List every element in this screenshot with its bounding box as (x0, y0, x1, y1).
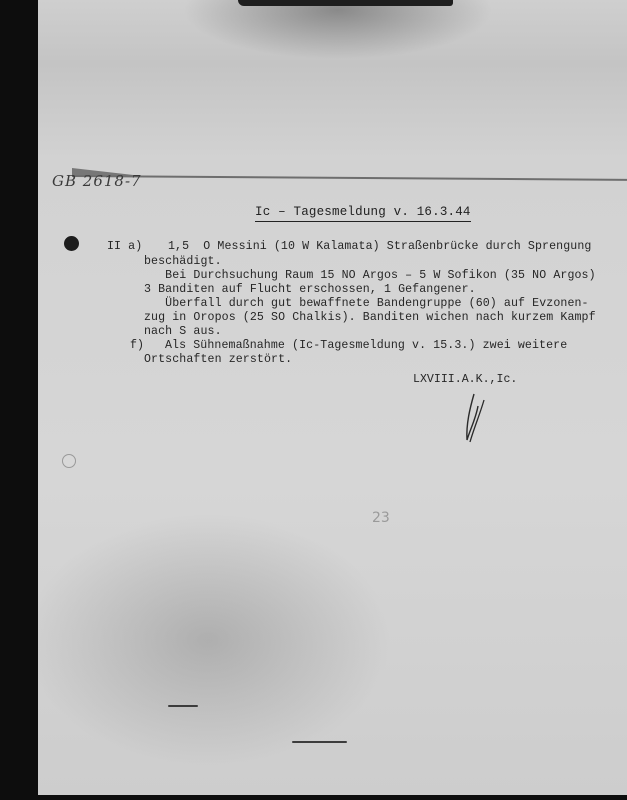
pencil-page-number: 23 (372, 510, 390, 526)
document-title: Ic – Tagesmeldung v. 16.3.44 (255, 205, 471, 222)
body-line: 1,5 O Messini (10 W Kalamata) Straßenbrü… (168, 240, 591, 253)
punch-hole-icon (62, 454, 76, 468)
body-line: Überfall durch gut bewaffnete Bandengrup… (144, 297, 589, 310)
body-line: beschädigt. (144, 255, 222, 268)
archive-number: GB 2618-7 (52, 172, 142, 190)
section-label: f) (130, 339, 144, 352)
body-line: Als Sühnemaßnahme (Ic-Tagesmeldung v. 15… (165, 339, 567, 352)
section-label: II a) (107, 240, 142, 253)
body-line: nach S aus. (144, 325, 222, 338)
handwritten-signature-icon (462, 390, 492, 445)
body-line: Bei Durchsuchung Raum 15 NO Argos – 5 W … (144, 269, 596, 282)
signature-block: LXVIII.A.K.,Ic. (413, 373, 517, 386)
document-page (38, 0, 627, 795)
body-line: 3 Banditen auf Flucht erschossen, 1 Gefa… (144, 283, 476, 296)
scan-shadow (238, 0, 453, 6)
ink-smudge (292, 741, 347, 743)
body-line: Ortschaften zerstört. (144, 353, 292, 366)
body-line: zug in Oropos (25 SO Chalkis). Banditen … (144, 311, 596, 324)
ink-smudge (168, 705, 198, 707)
punch-hole-icon (64, 236, 79, 251)
